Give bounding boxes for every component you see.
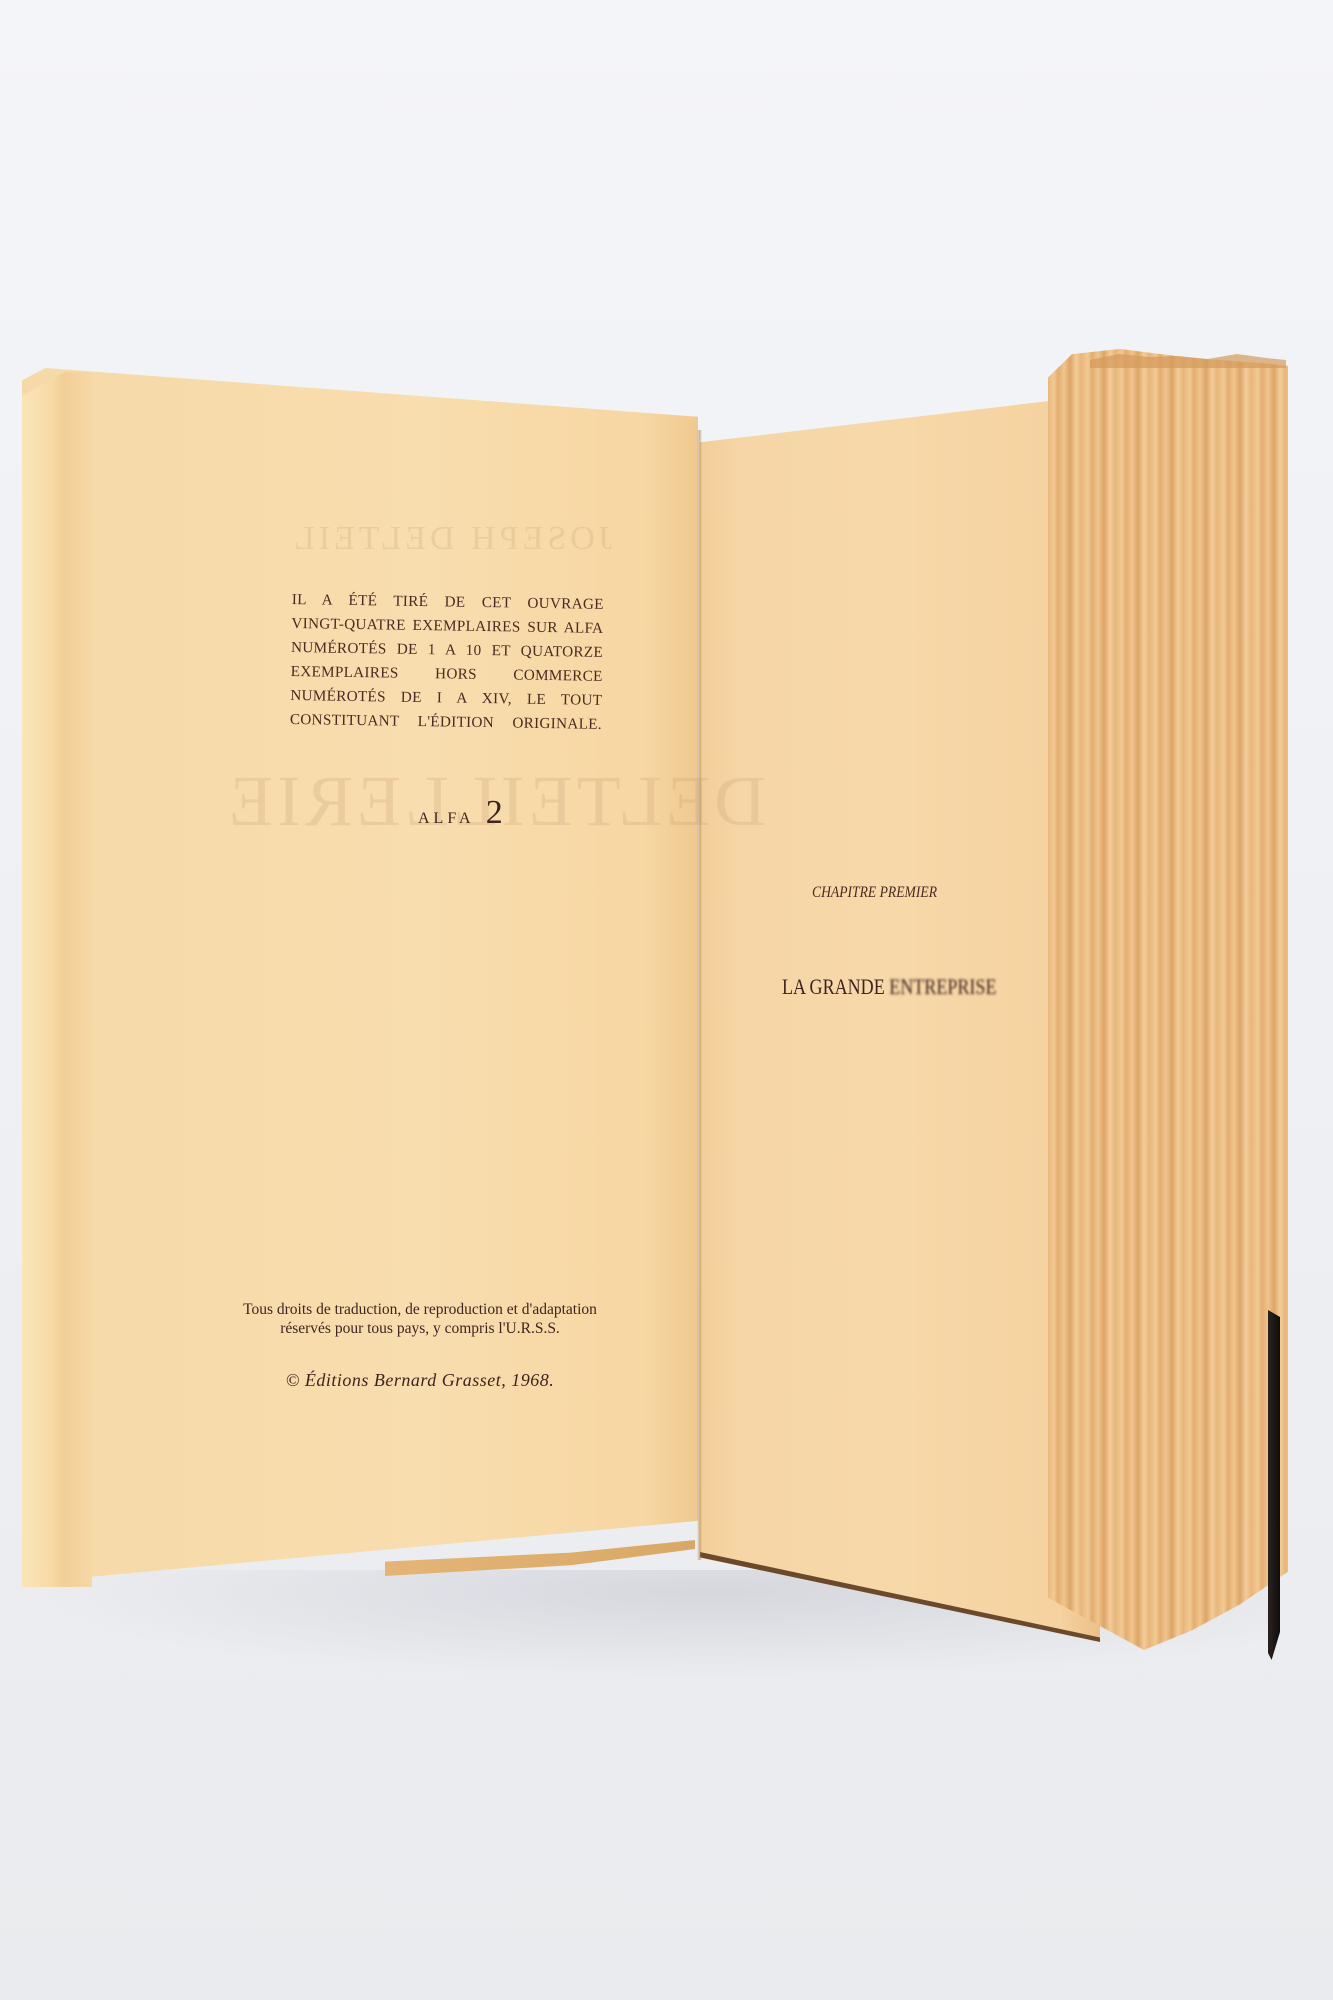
print-run-statement: IL A ÉTÉ TIRÉ DE CET OUVRAGE VINGT-QUATR… <box>290 588 604 737</box>
copy-number: ALFA 2 <box>418 794 503 832</box>
chapter-title-part: LA GRANDE <box>782 974 889 999</box>
print-run-line: CONSTITUANT L'ÉDITION ORIGINALE. <box>290 708 602 737</box>
chapter-title-part-blurred: ENTREPRISE <box>889 974 996 999</box>
chapter-title: LA GRANDE ENTREPRISE <box>782 974 996 1000</box>
left-page-edge <box>22 372 92 1587</box>
book-photo-scene: JOSEPH DELTEIL DELTEILLERIE IL A ÉTÉ TIR… <box>0 0 1333 2000</box>
copy-label: ALFA <box>418 810 474 827</box>
right-page <box>700 395 1100 1640</box>
copyright-notice: © Éditions Bernard Grasset, 1968. <box>190 1370 650 1391</box>
book-gutter <box>697 430 702 1560</box>
fore-edge-page-block <box>1048 345 1288 1650</box>
book-cover-back <box>1268 1310 1280 1660</box>
rights-notice: Tous droits de traduction, de reproducti… <box>190 1300 650 1338</box>
rights-line: Tous droits de traduction, de reproducti… <box>190 1300 650 1319</box>
chapter-label: CHAPITRE PREMIER <box>812 884 937 902</box>
copy-number-value: 2 <box>486 794 503 831</box>
rights-line: réservés pour tous pays, y compris l'U.R… <box>190 1319 650 1338</box>
showthrough-author: JOSEPH DELTEIL <box>290 520 612 558</box>
